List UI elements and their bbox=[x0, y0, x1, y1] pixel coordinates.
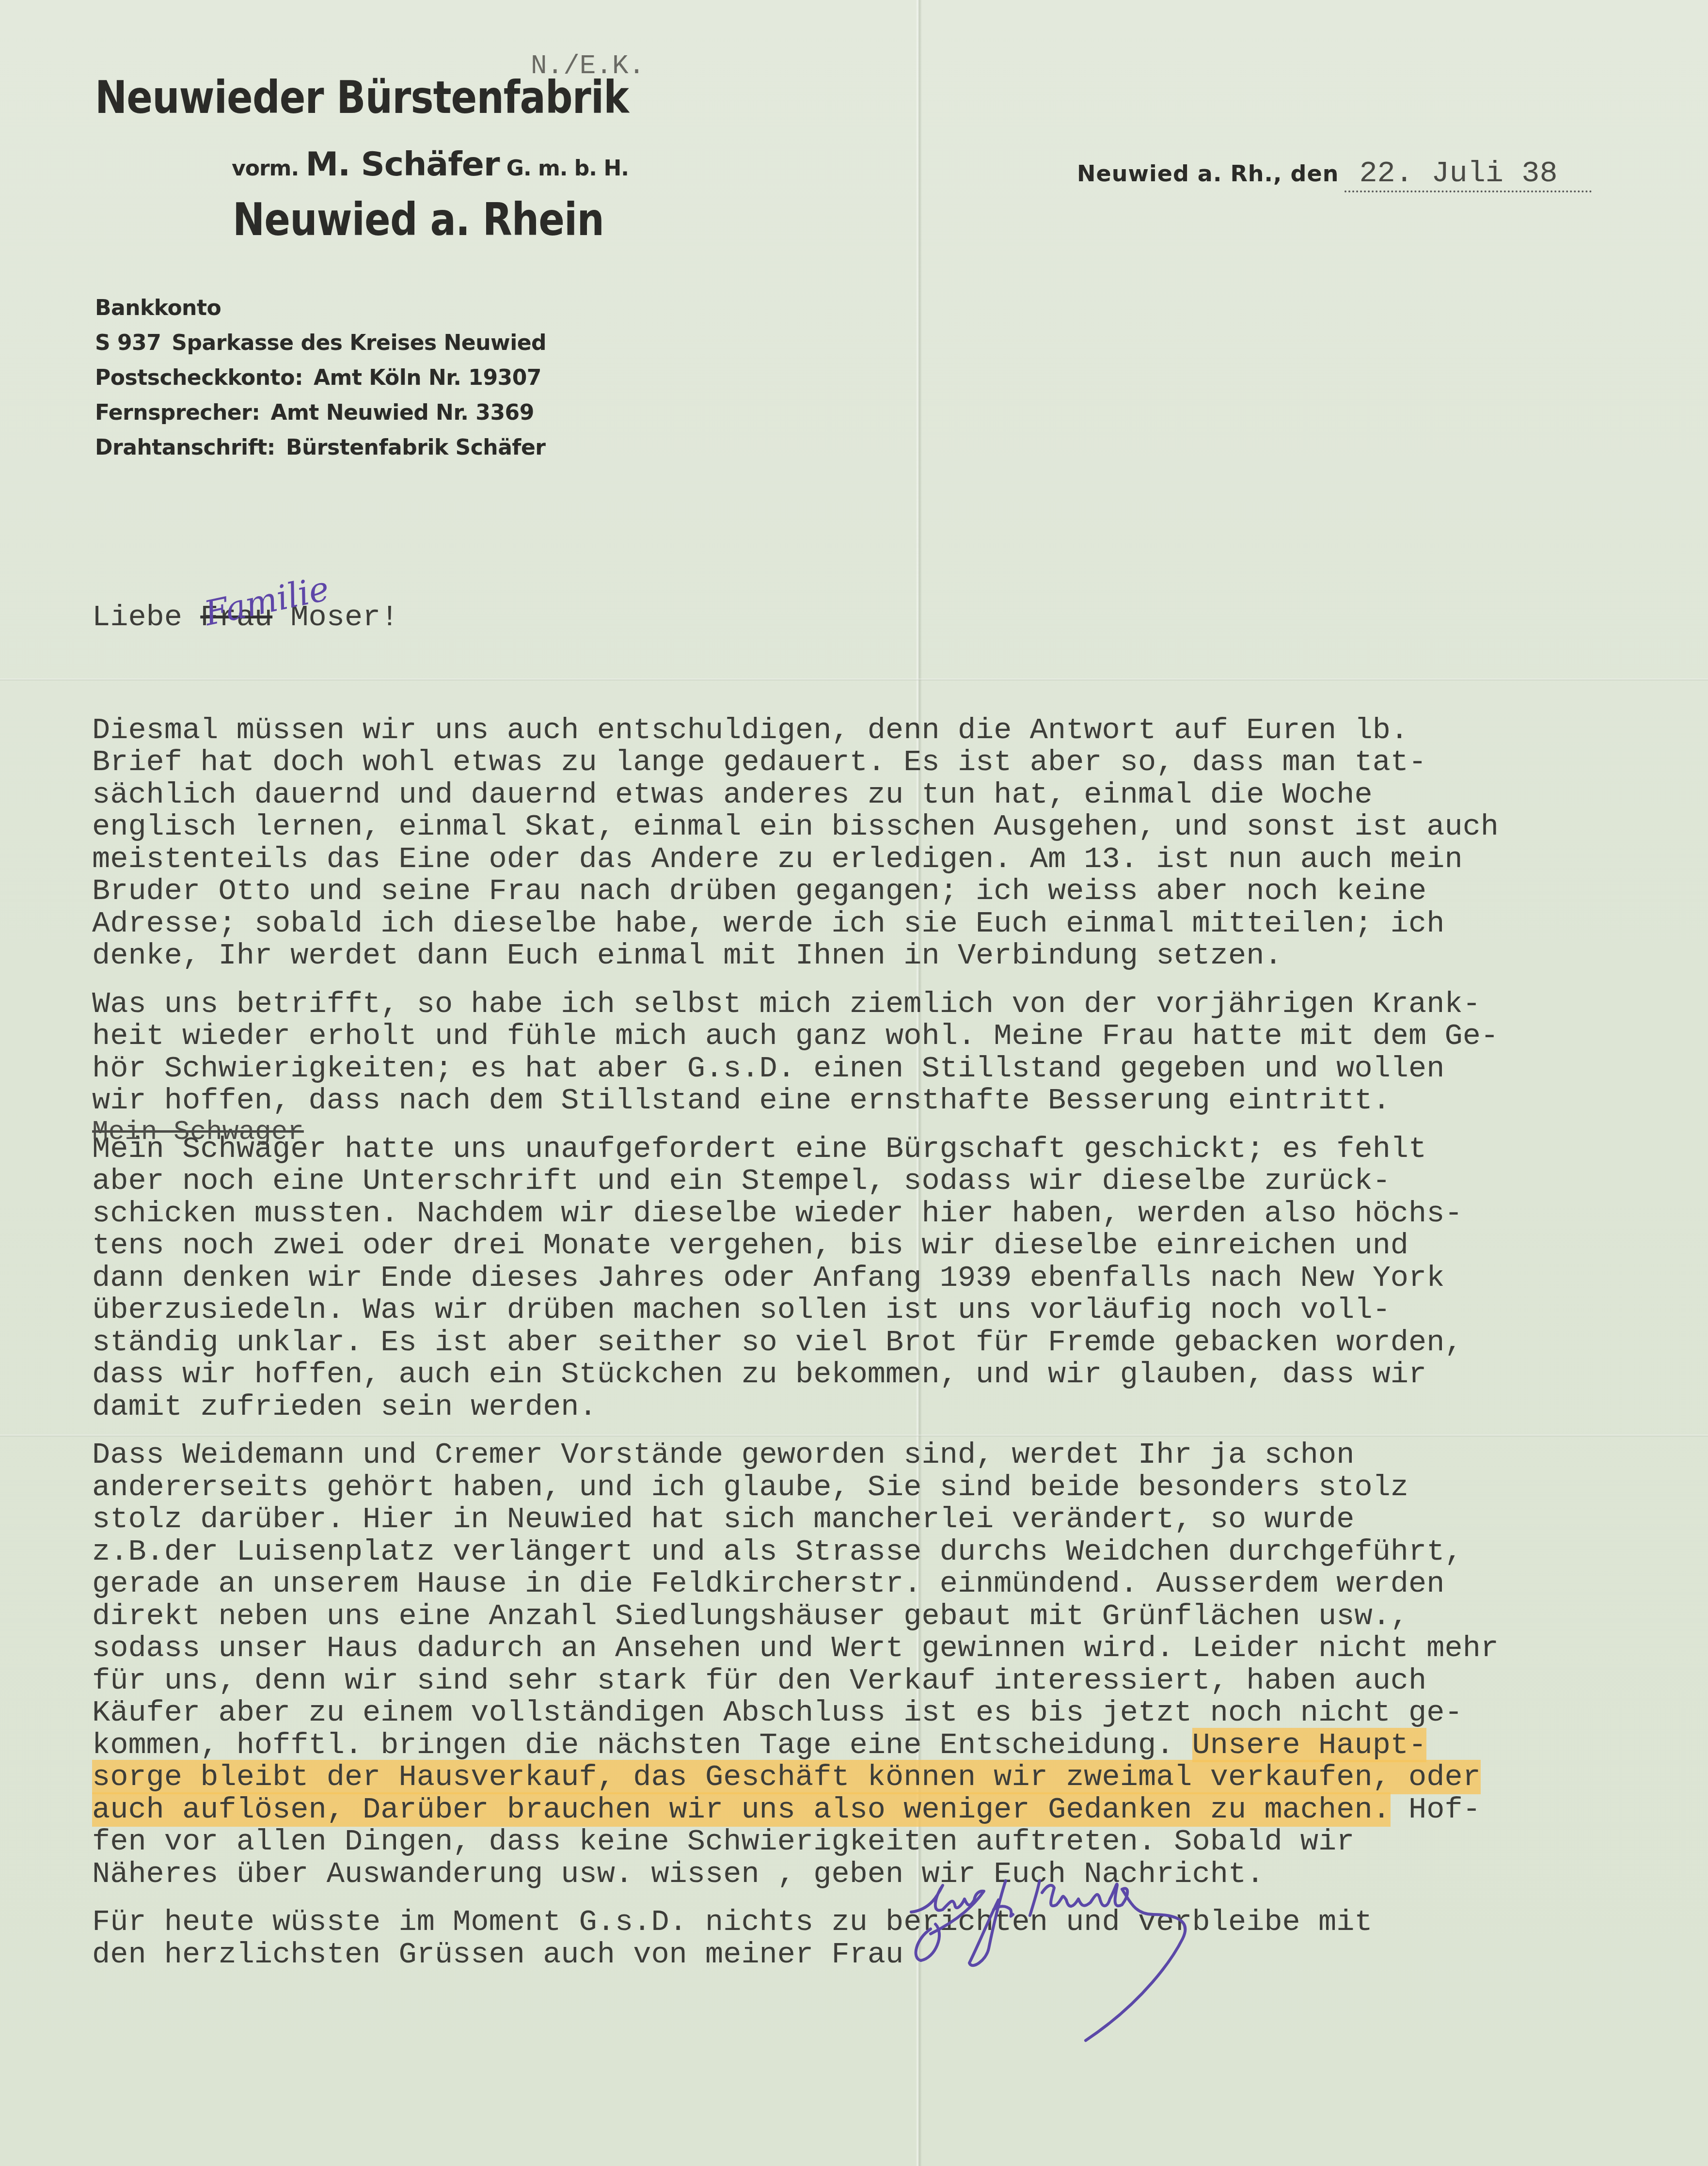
typed-line: sächlich dauernd und dauernd etwas ander… bbox=[92, 779, 1643, 811]
typed-line: Was uns betrifft, so habe ich selbst mic… bbox=[92, 988, 1643, 1021]
bank-row: Postscheckkonto:Amt Köln Nr. 19307 bbox=[95, 361, 546, 395]
typed-line: sodass unser Haus dadurch an Ansehen und… bbox=[92, 1632, 1643, 1665]
company-city: Neuwied a. Rhein bbox=[233, 194, 604, 246]
paragraph: Dass Weidemann und Cremer Vorstände gewo… bbox=[92, 1439, 1643, 1890]
typed-line: ständig unklar. Es ist aber seither so v… bbox=[92, 1327, 1643, 1359]
salutation: Liebe Frau Moser!Familie bbox=[92, 601, 1643, 634]
formerly-prefix: vorm. bbox=[232, 156, 299, 181]
typed-line: dass wir hoffen, auch ein Stückchen zu b… bbox=[92, 1359, 1643, 1391]
typed-line: aber noch eine Unterschrift und ein Stem… bbox=[92, 1165, 1643, 1198]
typed-line: hör Schwierigkeiten; es hat aber G.s.D. … bbox=[92, 1053, 1643, 1085]
company-formerly: vorm. M. Schäfer G. m. b. H. bbox=[232, 145, 629, 184]
typed-line: dann denken wir Ende dieses Jahres oder … bbox=[92, 1262, 1643, 1295]
typed-line: Mein SchwagerMein Schwager hatte uns una… bbox=[92, 1133, 1643, 1166]
overtyped-strikeout: Mein Schwager bbox=[92, 1116, 304, 1148]
typed-line: heit wieder erholt und fühle mich auch g… bbox=[92, 1020, 1643, 1053]
bank-label: Bankkonto bbox=[95, 291, 546, 326]
typed-line: damit zufrieden sein werden. bbox=[92, 1391, 1643, 1423]
paragraph: Diesmal müssen wir uns auch entschuldige… bbox=[92, 714, 1643, 972]
date-value: 22. Juli 38 bbox=[1344, 156, 1592, 192]
paragraph-gap bbox=[92, 1117, 1643, 1133]
highlighted-text: sorge bleibt der Hausverkauf, das Geschä… bbox=[92, 1760, 1481, 1794]
bank-details: Bankkonto S 937Sparkasse des Kreises Neu… bbox=[95, 291, 546, 465]
paragraph-gap bbox=[92, 972, 1643, 988]
typed-line: z.B.der Luisenplatz verlängert und als S… bbox=[92, 1536, 1643, 1568]
handwritten-signature bbox=[901, 1876, 1532, 2079]
bank-row: S 937Sparkasse des Kreises Neuwied bbox=[95, 326, 546, 361]
date-label: Neuwied a. Rh., den bbox=[1077, 160, 1339, 187]
paragraph-gap bbox=[92, 1423, 1643, 1439]
company-name: Neuwieder Bürstenfabrik bbox=[95, 72, 629, 124]
letter-page: N./E.K. Neuwieder Bürstenfabrik vorm. M.… bbox=[0, 0, 1708, 2166]
highlighted-text: Unsere Haupt- bbox=[1192, 1728, 1427, 1762]
typed-line: gerade an unserem Hause in die Feldkirch… bbox=[92, 1568, 1643, 1600]
formerly-suffix: G. m. b. H. bbox=[506, 156, 629, 181]
bank-row: Drahtanschrift:Bürstenfabrik Schäfer bbox=[95, 430, 546, 465]
typed-line: schicken mussten. Nachdem wir dieselbe w… bbox=[92, 1198, 1643, 1230]
typed-line: für uns, denn wir sind sehr stark für de… bbox=[92, 1665, 1643, 1697]
typed-line: fen vor allen Dingen, dass keine Schwier… bbox=[92, 1826, 1643, 1858]
typed-line: Adresse; sobald ich dieselbe habe, werde… bbox=[92, 908, 1643, 940]
typed-line: Dass Weidemann und Cremer Vorstände gewo… bbox=[92, 1439, 1643, 1471]
typed-line: Käufer aber zu einem vollständigen Absch… bbox=[92, 1697, 1643, 1729]
typed-line: englisch lernen, einmal Skat, einmal ein… bbox=[92, 811, 1643, 843]
typed-line: wir hoffen, dass nach dem Stillstand ein… bbox=[92, 1085, 1643, 1117]
highlighted-text: auch auflösen, Darüber brauchen wir uns … bbox=[92, 1792, 1391, 1827]
typed-line: Diesmal müssen wir uns auch entschuldige… bbox=[92, 714, 1643, 747]
typed-line: tens noch zwei oder drei Monate vergehen… bbox=[92, 1230, 1643, 1262]
letter-body: Liebe Frau Moser!Familie Diesmal müssen … bbox=[92, 537, 1643, 2035]
typed-line: andererseits gehört haben, und ich glaub… bbox=[92, 1471, 1643, 1504]
typed-line: sorge bleibt der Hausverkauf, das Geschä… bbox=[92, 1761, 1643, 1794]
typed-line: kommen, hofftl. bringen die nächsten Tag… bbox=[92, 1729, 1643, 1762]
typed-line: meistenteils das Eine oder das Andere zu… bbox=[92, 843, 1643, 876]
typed-line: denke, Ihr werdet dann Euch einmal mit I… bbox=[92, 940, 1643, 972]
typed-line: Brief hat doch wohl etwas zu lange gedau… bbox=[92, 746, 1643, 779]
typed-line: auch auflösen, Darüber brauchen wir uns … bbox=[92, 1794, 1643, 1826]
dateline: Neuwied a. Rh., den 22. Juli 38 bbox=[1077, 156, 1592, 192]
paragraph: Mein SchwagerMein Schwager hatte uns una… bbox=[92, 1133, 1643, 1423]
paragraph: Was uns betrifft, so habe ich selbst mic… bbox=[92, 988, 1643, 1117]
typed-line: direkt neben uns eine Anzahl Siedlungshä… bbox=[92, 1600, 1643, 1633]
typed-line: überzusiedeln. Was wir drüben machen sol… bbox=[92, 1294, 1643, 1327]
typed-line: stolz darüber. Hier in Neuwied hat sich … bbox=[92, 1503, 1643, 1536]
typed-line: Bruder Otto und seine Frau nach drüben g… bbox=[92, 875, 1643, 908]
bank-row: Fernsprecher:Amt Neuwied Nr. 3369 bbox=[95, 395, 546, 430]
formerly-name: M. Schäfer bbox=[306, 145, 500, 184]
paragraphs: Diesmal müssen wir uns auch entschuldige… bbox=[92, 714, 1643, 1971]
